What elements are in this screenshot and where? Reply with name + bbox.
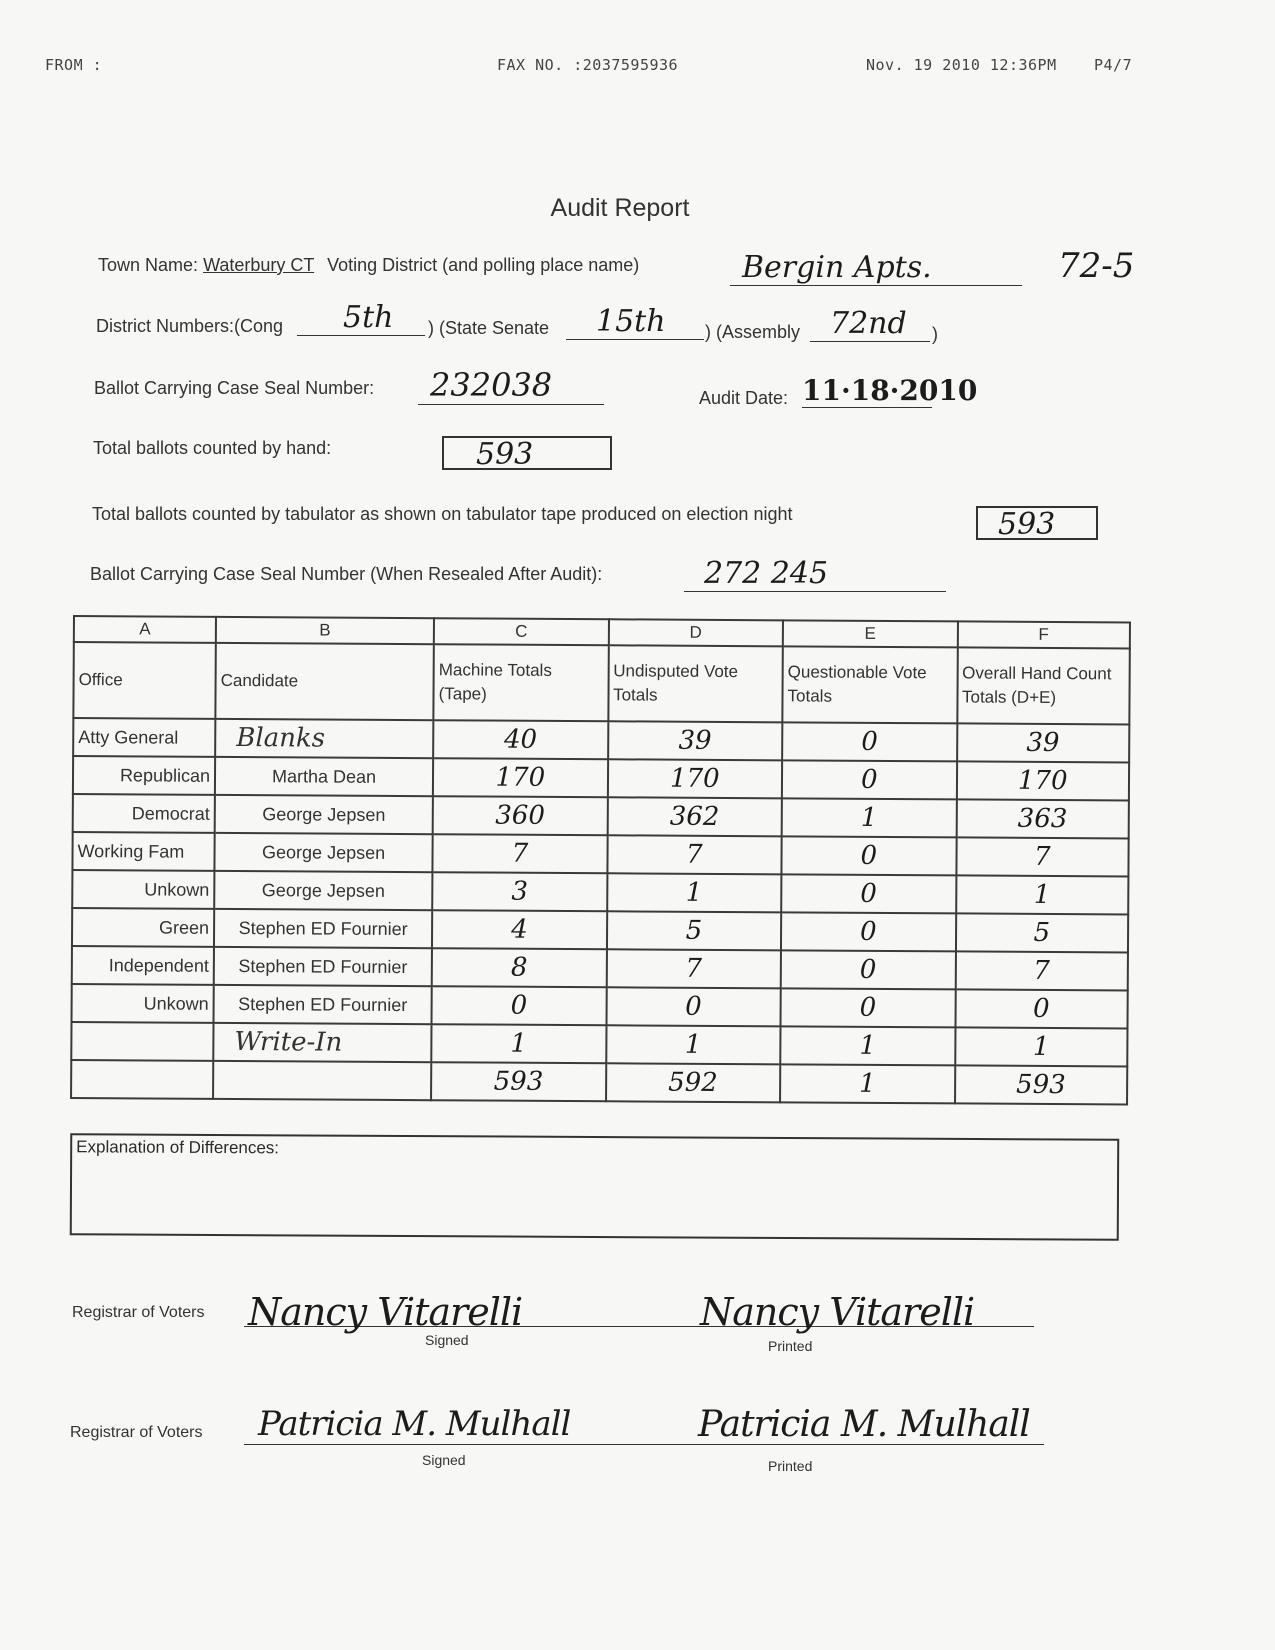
machine-total-cell: 170 [433, 758, 608, 797]
table-row: UnkownStephen ED Fournier0000 [72, 984, 1128, 1028]
questionable-cell: 1 [782, 798, 957, 837]
undisputed-cell: 1 [606, 1025, 781, 1064]
registrar-2-printed-name: Patricia M. Mulhall [698, 1404, 1030, 1445]
fax-from: FROM : [45, 56, 102, 74]
column-letter: D [608, 619, 783, 646]
registrar-2-printed-caption: Printed [768, 1458, 812, 1474]
questionable-cell: 0 [781, 988, 956, 1027]
town-label: Town Name: [98, 255, 198, 275]
candidate-cell: Blanks [215, 719, 433, 758]
machine-total-cell: 8 [432, 948, 607, 987]
machine-total-cell: 360 [433, 796, 608, 835]
undisputed-cell: 0 [606, 987, 781, 1026]
column-letter: A [74, 616, 216, 643]
candidate-cell: George Jepsen [214, 833, 432, 872]
candidate-cell: George Jepsen [214, 871, 432, 910]
office-cell: Green [72, 908, 214, 947]
machine-total-cell: 4 [432, 910, 607, 949]
undisputed-cell: 39 [608, 721, 783, 760]
header-candidate: Candidate [215, 643, 434, 720]
header-undisputed: Undisputed Vote Totals [608, 645, 783, 722]
overall-cell: 7 [955, 951, 1128, 990]
undisputed-cell: 5 [607, 911, 782, 950]
town-value: Waterbury CT [203, 255, 314, 275]
fax-page: P4/7 [1094, 56, 1132, 74]
table-row: RepublicanMartha Dean1701700170 [73, 756, 1129, 800]
overall-cell: 1 [956, 875, 1129, 914]
questionable-cell: 0 [782, 760, 957, 799]
overall-cell: 363 [956, 799, 1129, 838]
town-line: Town Name: Waterbury CT Voting District … [98, 255, 639, 276]
column-letter: F [957, 621, 1130, 648]
overall-cell: 170 [956, 761, 1129, 800]
table-row: UnkownGeorge Jepsen3101 [72, 870, 1128, 914]
fax-timestamp: Nov. 19 2010 12:36PM [866, 56, 1057, 74]
district-label: Voting District (and polling place name) [327, 255, 639, 275]
registrar-1-signed-caption: Signed [425, 1332, 469, 1348]
questionable-cell: 0 [781, 874, 956, 913]
page-title: Audit Report [0, 194, 1240, 223]
cong-value: 5th [297, 300, 425, 336]
candidate-cell [213, 1061, 431, 1100]
questionable-cell: 1 [780, 1026, 955, 1065]
machine-total-cell: 7 [433, 834, 608, 873]
candidate-cell: Write-In [213, 1023, 431, 1062]
registrar-2-signed-caption: Signed [422, 1452, 466, 1468]
registrar-1-label: Registrar of Voters [72, 1304, 205, 1322]
header-overall: Overall Hand Count Totals (D+E) [957, 647, 1130, 724]
assembly-value: 72nd [810, 306, 930, 342]
candidate-cell: George Jepsen [215, 795, 433, 834]
overall-cell: 593 [955, 1065, 1128, 1104]
registrar-2-label: Registrar of Voters [70, 1424, 203, 1442]
registrar-1-printed-caption: Printed [768, 1338, 812, 1354]
table-row: IndependentStephen ED Fournier8707 [72, 946, 1128, 990]
registrar-2-signature: Patricia M. Mulhall [258, 1404, 570, 1444]
candidate-cell: Stephen ED Fournier [214, 947, 432, 986]
tabulator-value: 593 [976, 506, 1098, 540]
questionable-cell: 0 [781, 836, 956, 875]
reseal-value: 272 245 [684, 556, 946, 592]
overall-cell: 5 [955, 913, 1128, 952]
machine-total-cell: 593 [431, 1062, 606, 1101]
undisputed-cell: 592 [606, 1063, 781, 1102]
senate-label: ) (State Senate [428, 318, 549, 339]
audit-date-label: Audit Date: [699, 388, 788, 409]
questionable-cell: 0 [781, 950, 956, 989]
undisputed-cell: 362 [607, 797, 782, 836]
office-cell: Independent [72, 946, 214, 985]
assembly-close: ) [932, 324, 938, 345]
seal-label: Ballot Carrying Case Seal Number: [94, 378, 374, 399]
office-cell: Unkown [72, 870, 214, 909]
district-code: 72-5 [1058, 246, 1134, 286]
column-letter: B [216, 617, 434, 644]
column-letter: E [783, 620, 958, 647]
audit-table: A B C D E F Office Candidate Machine Tot… [70, 615, 1131, 1105]
undisputed-cell: 7 [606, 949, 781, 988]
table-row: Working FamGeorge Jepsen7707 [72, 832, 1128, 876]
audit-date-value: 11·18·2010 [802, 374, 932, 408]
candidate-cell: Martha Dean [215, 757, 433, 796]
table-row: GreenStephen ED Fournier4505 [72, 908, 1128, 952]
district-value: Bergin Apts. [730, 250, 1022, 286]
tabulator-label: Total ballots counted by tabulator as sh… [92, 504, 792, 525]
undisputed-cell: 1 [607, 873, 782, 912]
questionable-cell: 0 [782, 722, 957, 761]
machine-total-cell: 1 [431, 1024, 606, 1063]
cong-label: District Numbers:(Cong [96, 316, 283, 337]
table-row: DemocratGeorge Jepsen3603621363 [73, 794, 1129, 838]
overall-cell: 39 [957, 723, 1130, 762]
office-cell: Atty General [73, 718, 215, 757]
questionable-cell: 0 [781, 912, 956, 951]
reseal-label: Ballot Carrying Case Seal Number (When R… [90, 564, 602, 585]
explanation-label: Explanation of Differences: [72, 1135, 1117, 1164]
explanation-box[interactable]: Explanation of Differences: [70, 1133, 1120, 1240]
office-cell: Republican [73, 756, 215, 795]
table-row: 5935921593 [71, 1060, 1127, 1104]
overall-cell: 1 [955, 1027, 1128, 1066]
registrar-1-printed-name: Nancy Vitarelli [700, 1290, 974, 1334]
assembly-label: ) (Assembly [705, 322, 800, 343]
header-questionable: Questionable Vote Totals [782, 646, 957, 723]
office-cell [71, 1060, 213, 1099]
questionable-cell: 1 [780, 1064, 955, 1103]
hand-count-label: Total ballots counted by hand: [93, 438, 331, 459]
seal-value: 232038 [418, 366, 604, 405]
overall-cell: 7 [956, 837, 1129, 876]
table-row: Atty GeneralBlanks4039039 [73, 718, 1129, 762]
fax-number: FAX NO. :2037595936 [497, 56, 678, 74]
overall-cell: 0 [955, 989, 1128, 1028]
machine-total-cell: 0 [432, 986, 607, 1025]
table-row: Write-In1111 [71, 1022, 1127, 1066]
office-cell: Working Fam [72, 832, 214, 871]
candidate-cell: Stephen ED Fournier [214, 909, 432, 948]
column-letter: C [434, 618, 609, 645]
office-cell: Unkown [72, 984, 214, 1023]
undisputed-cell: 7 [607, 835, 782, 874]
machine-total-cell: 40 [433, 720, 608, 759]
candidate-cell: Stephen ED Fournier [214, 985, 432, 1024]
header-office: Office [73, 642, 215, 719]
column-header-row: Office Candidate Machine Totals (Tape) U… [73, 642, 1129, 724]
registrar-1-signature: Nancy Vitarelli [248, 1290, 522, 1334]
undisputed-cell: 170 [607, 759, 782, 798]
office-cell: Democrat [73, 794, 215, 833]
header-machine-totals: Machine Totals (Tape) [433, 644, 608, 721]
hand-count-value: 593 [442, 436, 612, 470]
office-cell [71, 1022, 213, 1061]
senate-value: 15th [566, 304, 704, 340]
machine-total-cell: 3 [432, 872, 607, 911]
